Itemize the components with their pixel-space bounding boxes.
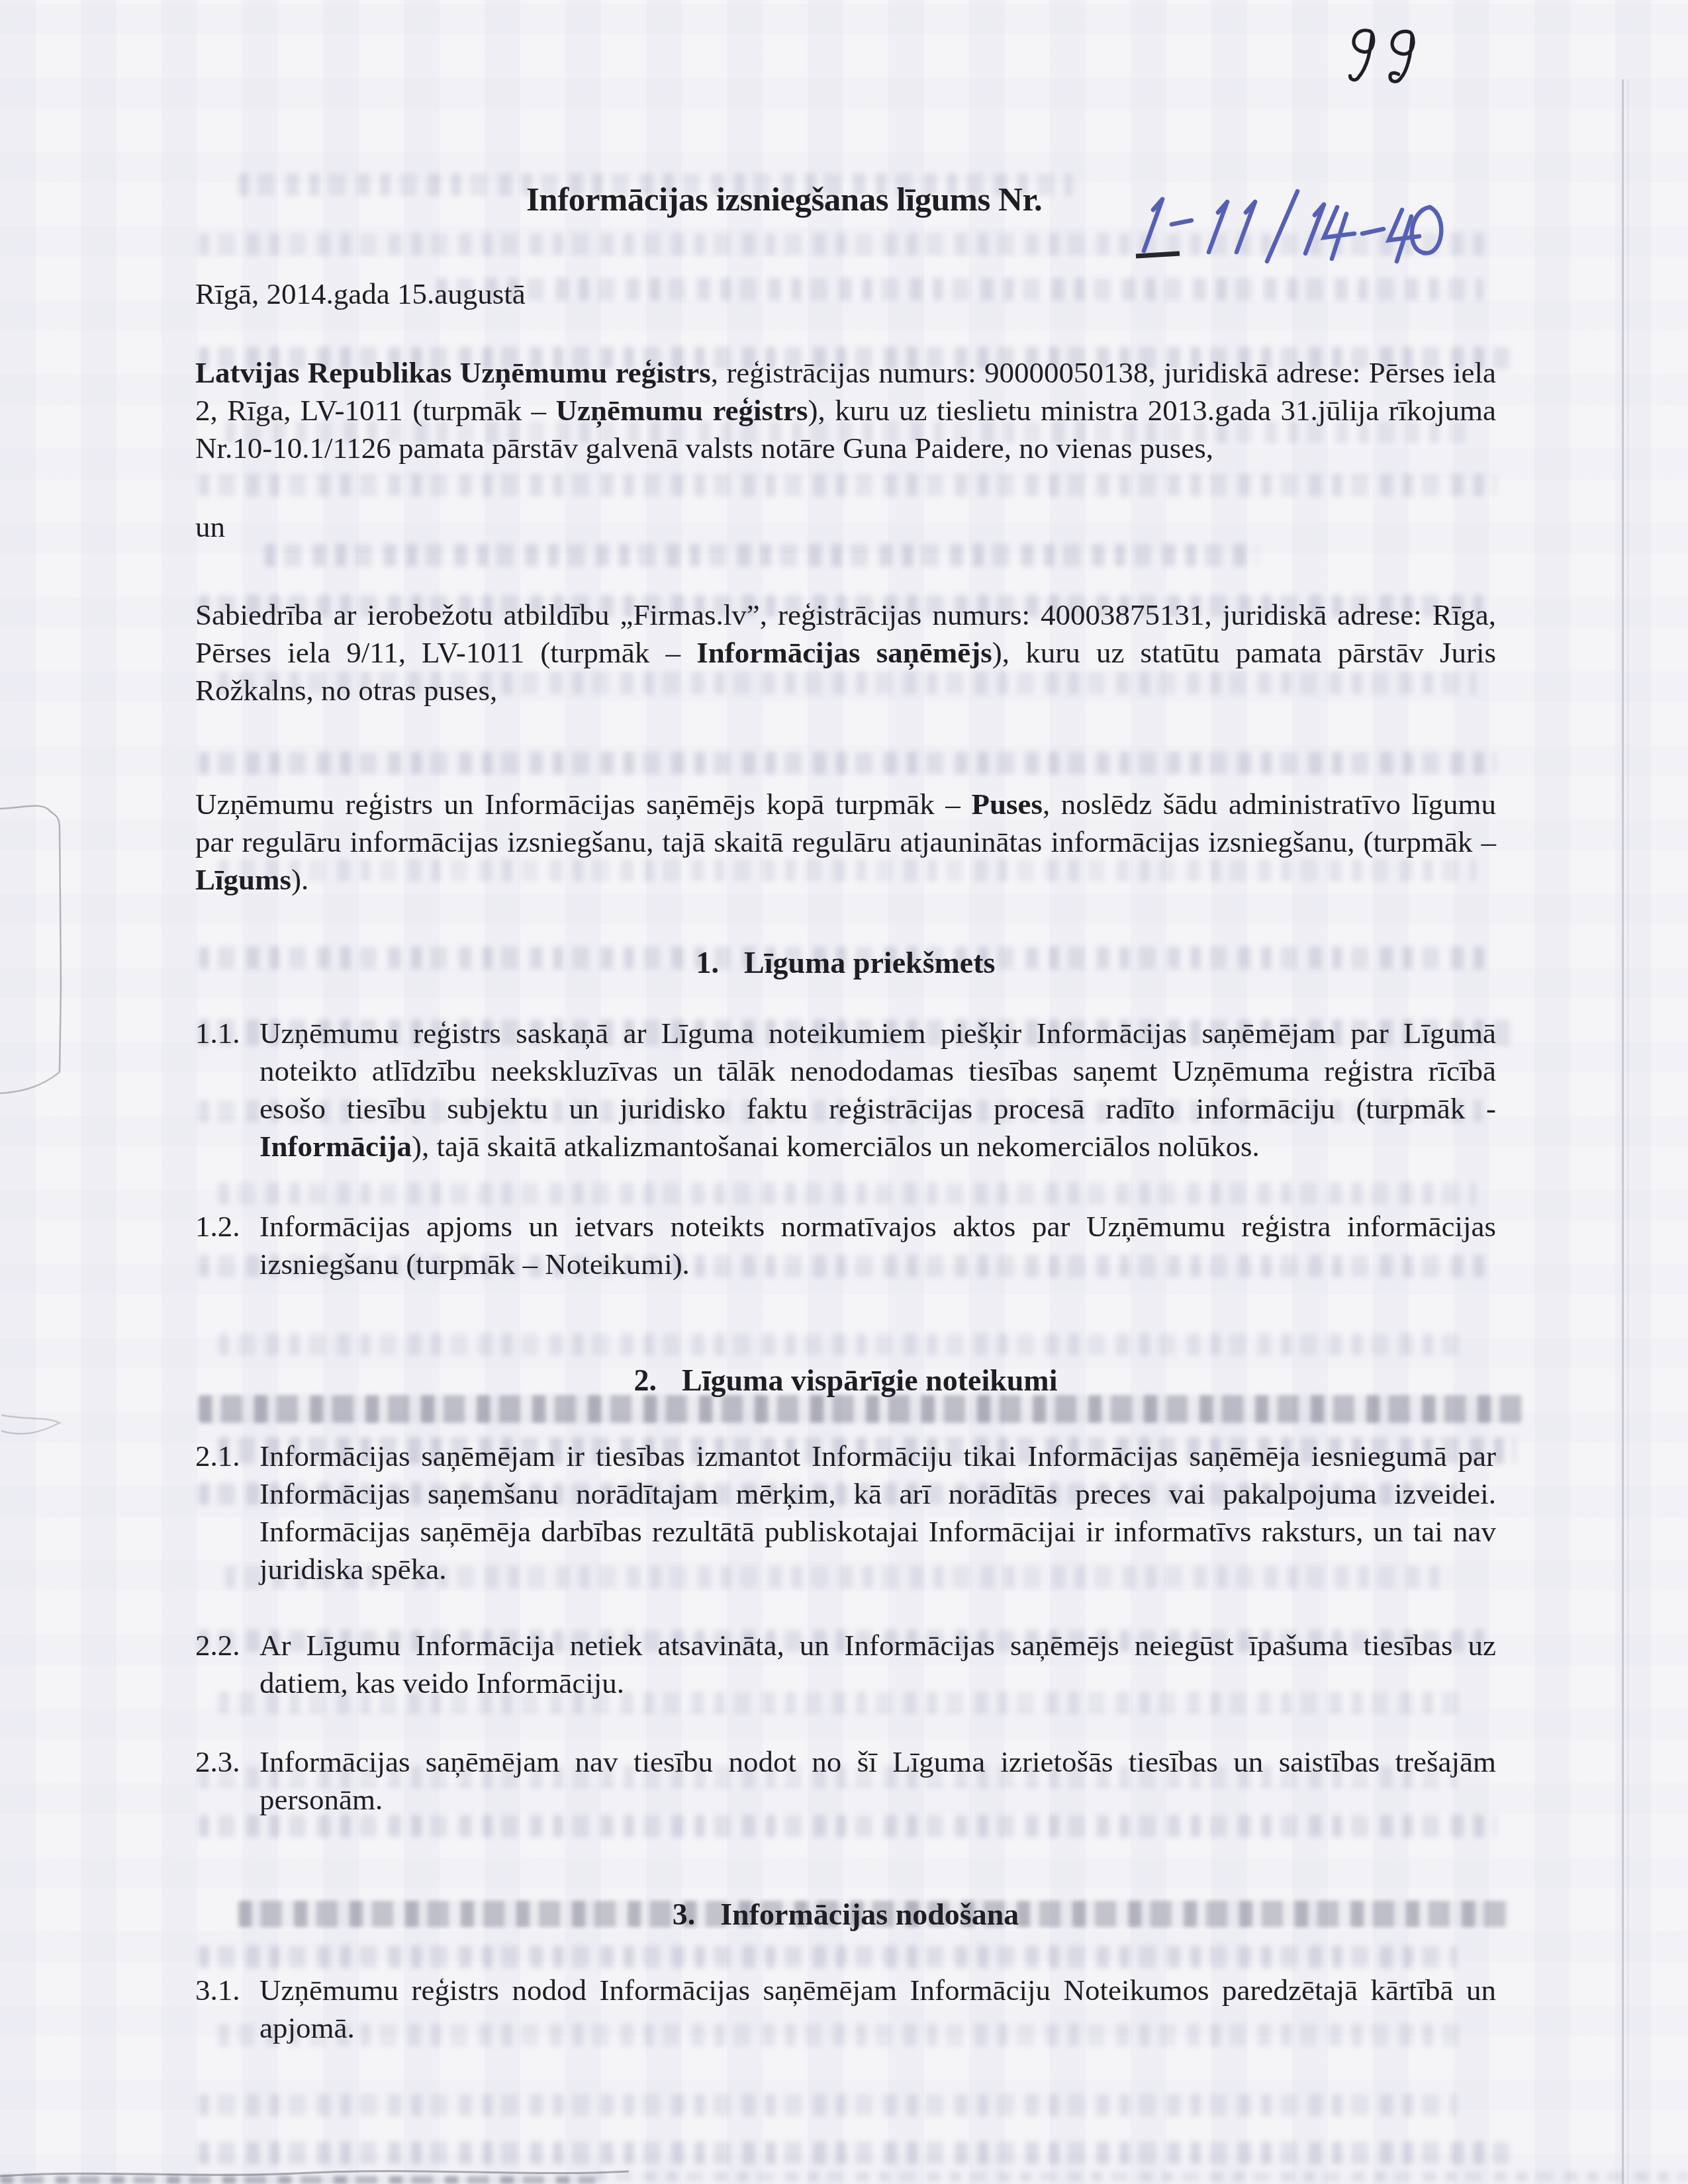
paragraph: un (195, 508, 1496, 546)
document-date: Rīgā, 2014.gada 15.augustā (195, 275, 1496, 313)
text-run: Uzņēmumu reģistrs nodod Informācijas saņ… (259, 1974, 1496, 2044)
section-title: Līguma vispārīgie noteikumi (682, 1361, 1057, 1399)
scanned-document-page: Informācijas izsniegšanas līgums Nr. Rīg… (0, 0, 1688, 2184)
clause-text: Uzņēmumu reģistrs nodod Informācijas saņ… (259, 1972, 1496, 2047)
handwritten-page-number (1344, 23, 1433, 94)
handwritten-contract-number (1124, 187, 1455, 263)
clause-item: 3.1.Uzņēmumu reģistrs nodod Informācijas… (195, 1972, 1496, 2047)
clause-item: 2.3.Informācijas saņēmējam nav tiesību n… (195, 1743, 1496, 1819)
text-run: Ar Līgumu Informācija netiek atsavināta,… (259, 1629, 1496, 1700)
text-run: Uzņēmumu reģistrs saskaņā ar Līguma note… (259, 1017, 1496, 1125)
bleed-through-line (199, 2094, 1456, 2116)
clause-number: 2.1. (195, 1437, 259, 1475)
section-number: 2. (634, 1361, 657, 1399)
bold-text-run: Uzņēmumu reģistrs (556, 394, 808, 427)
section-number: 1. (696, 944, 720, 981)
section-heading: 3.Informācijas nodošana (195, 1895, 1496, 1933)
text-run: ). (291, 863, 308, 896)
section-title: Līguma priekšmets (744, 944, 996, 981)
clause-text: Ar Līgumu Informācija netiek atsavināta,… (259, 1627, 1496, 1702)
bleed-through-line (0, 2176, 596, 2184)
bold-text-run: Puses (971, 788, 1043, 821)
section-number: 3. (673, 1895, 696, 1933)
text-run: un (195, 510, 225, 543)
section-heading: 1.Līguma priekšmets (195, 944, 1496, 981)
clause-number: 1.1. (195, 1015, 259, 1052)
section-heading: 2.Līguma vispārīgie noteikumi (195, 1361, 1496, 1399)
bold-text-run: Informācijas saņēmējs (696, 636, 992, 669)
nr-underline (1136, 253, 1180, 256)
clause-item: 1.2.Informācijas apjoms un ietvars notei… (195, 1208, 1496, 1283)
text-run: Uzņēmumu reģistrs un Informācijas saņēmē… (195, 788, 971, 821)
text-run: ), tajā skaitā atkalizmantošanai komerci… (412, 1130, 1260, 1163)
clause-text: Informācijas apjoms un ietvars noteikts … (259, 1208, 1496, 1283)
bold-text-run: Informācija (259, 1130, 412, 1163)
paragraph: Sabiedrība ar ierobežotu atbildību „Firm… (195, 596, 1496, 709)
text-run: Informācijas saņēmējam ir tiesības izman… (259, 1439, 1496, 1586)
clause-item: 2.2.Ar Līgumu Informācija netiek atsavin… (195, 1627, 1496, 1702)
clause-number: 3.1. (195, 1972, 259, 2009)
document-title-text: Informācijas izsniegšanas līgums Nr. (526, 181, 1042, 218)
bold-text-run: Latvijas Republikas Uzņēmumu reģistrs (195, 356, 711, 389)
text-run: Informācijas apjoms un ietvars noteikts … (259, 1210, 1496, 1281)
section-title: Informācijas nodošana (720, 1895, 1019, 1933)
document-content: Informācijas izsniegšanas līgums Nr. Rīg… (0, 180, 1688, 2047)
clause-number: 1.2. (195, 1208, 259, 1246)
clause-item: 2.1.Informācijas saņēmējam ir tiesības i… (195, 1437, 1496, 1588)
bottom-edge-artifact (0, 2167, 629, 2181)
bleed-through-line (199, 2142, 1509, 2164)
paragraph: Latvijas Republikas Uzņēmumu reģistrs, r… (195, 354, 1496, 467)
clause-text: Informācijas saņēmējam nav tiesību nodot… (259, 1743, 1496, 1819)
clause-text: Uzņēmumu reģistrs saskaņā ar Līguma note… (259, 1015, 1496, 1165)
clause-item: 1.1.Uzņēmumu reģistrs saskaņā ar Līguma … (195, 1015, 1496, 1165)
clause-number: 2.3. (195, 1743, 259, 1781)
document-body: Latvijas Republikas Uzņēmumu reģistrs, r… (195, 354, 1496, 2047)
bold-text-run: Līgums (195, 863, 291, 896)
clause-number: 2.2. (195, 1627, 259, 1664)
clause-text: Informācijas saņēmējam ir tiesības izman… (259, 1437, 1496, 1588)
bleed-through-line (596, 2172, 1688, 2181)
text-run: Informācijas saņēmējam nav tiesību nodot… (259, 1745, 1496, 1816)
paragraph: Uzņēmumu reģistrs un Informācijas saņēmē… (195, 786, 1496, 899)
